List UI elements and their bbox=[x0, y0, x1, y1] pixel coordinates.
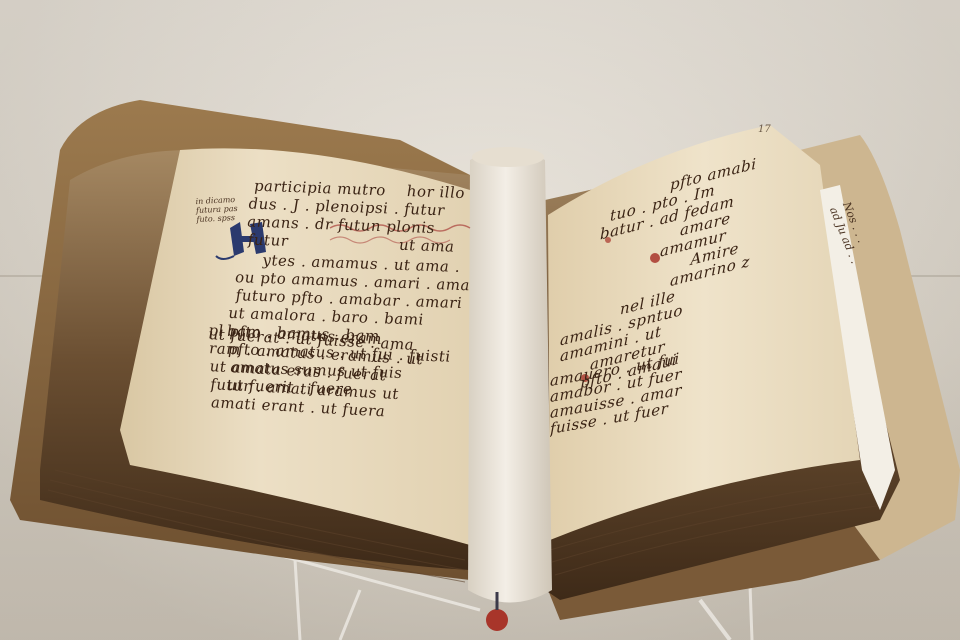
red-bead-tie bbox=[486, 609, 508, 631]
left-page-text-lower: ut fuerat . ut fuisse . ama pl pfto . am… bbox=[208, 323, 472, 447]
museum-display-scene: in dicamo futura pas futo. spss particip… bbox=[0, 0, 960, 640]
cloth-spine-roll bbox=[468, 150, 552, 603]
